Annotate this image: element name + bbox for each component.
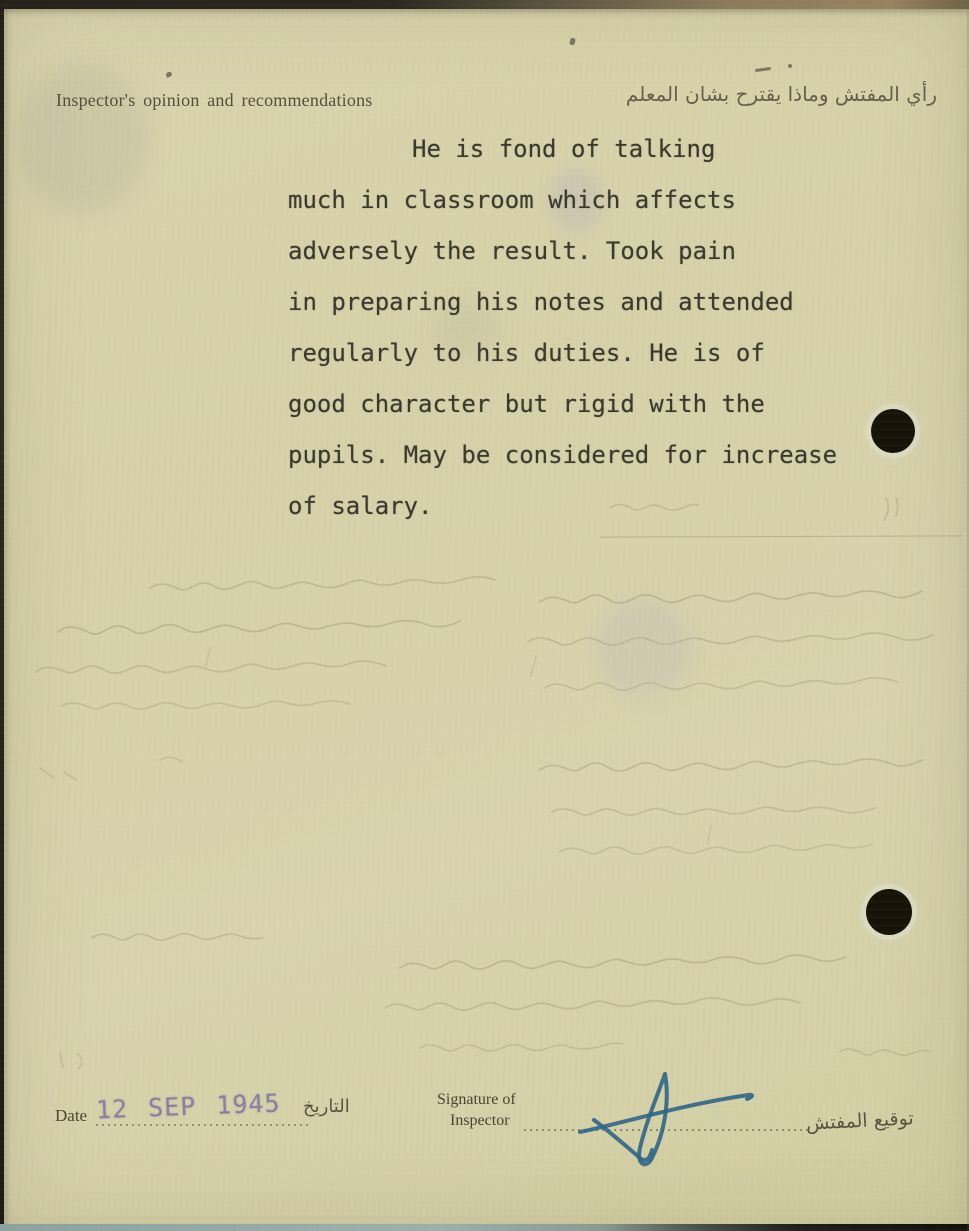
signature-label-line1: Signature of (437, 1089, 516, 1110)
ink-speck (755, 67, 771, 72)
typed-line: much in classroom which affects (288, 175, 874, 226)
faint-rule-line (600, 535, 962, 537)
scan-edge-bottom (0, 1224, 969, 1231)
ink-speck (569, 37, 576, 45)
typed-line: adversely the result. Took pain (288, 226, 874, 277)
signature-dotted-line (524, 1129, 808, 1131)
heading-english: Inspector's opinion and recommendations (56, 90, 372, 111)
scan-edge-left (0, 0, 4, 1231)
hole-punch-dot-top (871, 409, 915, 453)
signature-label-arabic: توقيع المفتش (805, 1107, 914, 1135)
heading-arabic: رأي المفتش وماذا يقترح بشان المعلم (626, 82, 937, 106)
inspector-signature-ink (550, 1058, 780, 1183)
signature-label-english: Signature of Inspector (437, 1089, 516, 1131)
typed-line: of salary. (288, 481, 874, 532)
hole-punch-dot-bottom (866, 889, 912, 935)
typed-line: good character but rigid with the (288, 379, 874, 430)
date-label-arabic: التاريخ (303, 1096, 350, 1117)
typed-line: He is fond of talking (288, 124, 874, 175)
scanned-inspection-form: Inspector's opinion and recommendations … (0, 0, 969, 1231)
ink-speck (788, 64, 792, 68)
paper-smudge (596, 600, 692, 696)
typed-line: in preparing his notes and attended (288, 277, 874, 328)
signature-label-line2: Inspector (437, 1110, 516, 1131)
paper-smudge (18, 64, 148, 214)
scan-edge-top (0, 0, 969, 9)
typed-line: regularly to his duties. He is of (288, 328, 874, 379)
date-label-english: Date (55, 1106, 87, 1126)
typed-report-paragraph: He is fond of talking much in classroom … (288, 124, 874, 532)
ink-speck (165, 71, 172, 78)
date-dotted-line (96, 1124, 308, 1126)
date-stamp: 12 SEP 1945 (96, 1088, 282, 1124)
typed-line: pupils. May be considered for increase (288, 430, 874, 481)
